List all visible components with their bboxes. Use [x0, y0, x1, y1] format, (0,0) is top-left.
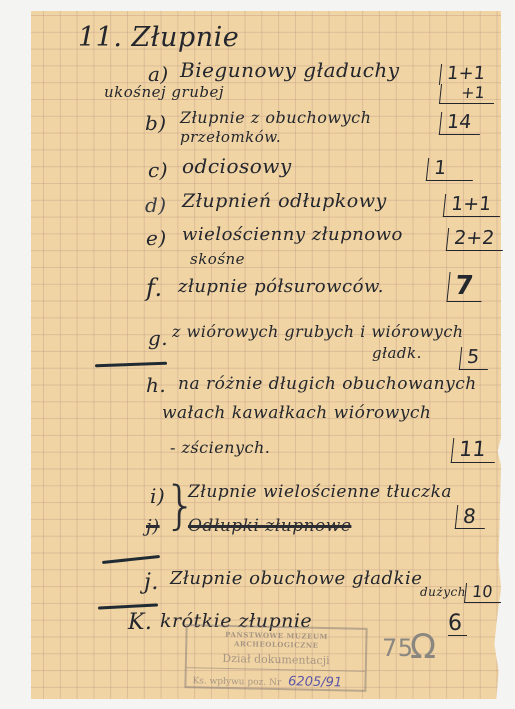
- item-h-text-line3: - zścienych.: [170, 440, 270, 456]
- item-g-score: 5: [459, 347, 491, 370]
- item-a-text: Biegunowy gładuchy: [180, 60, 400, 80]
- item-j-struck-text: Odłupki złupnowe: [188, 518, 351, 535]
- pencil-mark-symbol: Ω: [410, 630, 436, 664]
- item-f-text: złupnie półsurowców.: [178, 278, 384, 296]
- item-h-text: na różnie długich obuchowanych: [178, 376, 477, 393]
- archive-stamp: PAŃSTWOWE MUZEUM ARCHEOLOGICZNE Dział do…: [184, 624, 367, 692]
- item-e-text: wielościenny złupnowo: [182, 226, 403, 244]
- item-j-score: 10: [464, 583, 503, 603]
- item-k-label: K.: [128, 612, 152, 634]
- item-h-score: 11: [451, 438, 497, 463]
- item-a-score-line2: +1: [439, 84, 496, 104]
- item-e-score: 2+2: [446, 228, 506, 251]
- item-d-score: 1+1: [443, 194, 503, 217]
- item-j-text-line2: dużych: [420, 586, 466, 598]
- stamp-registry-number: 6205/91: [288, 674, 342, 690]
- item-d-text: Złupnień odłupkowy: [182, 192, 387, 211]
- item-g-label: g.: [148, 328, 168, 348]
- stamp-registry-label: Ks. wpływu poz. Nr: [192, 676, 281, 688]
- page-heading: 11. Złupnie: [78, 24, 239, 51]
- item-b-text-line2: przełomków.: [180, 130, 281, 145]
- item-a-label: a): [148, 64, 169, 84]
- item-e-label: e): [146, 228, 167, 248]
- item-d-label: d): [145, 195, 167, 215]
- item-i-text: Złupnie wielościenne tłuczka: [188, 484, 452, 501]
- item-e-text-line2: skośne: [190, 252, 245, 267]
- item-j-struck-label: j): [146, 518, 160, 536]
- item-j-text: Złupnie obuchowe gładkie: [170, 570, 422, 588]
- item-a-text-line2: ukośnej grubej: [104, 85, 224, 100]
- item-h-label: h.: [146, 375, 166, 395]
- item-i-label: i): [150, 486, 165, 506]
- item-f-score: 7: [446, 272, 484, 302]
- item-c-label: c): [148, 160, 168, 180]
- item-a-score: 1+1: [439, 64, 496, 85]
- item-i-score: 8: [455, 505, 487, 529]
- item-c-score: 1: [426, 158, 476, 181]
- item-j-label: j.: [144, 572, 159, 594]
- stamp-department: Dział dokumentacji: [187, 651, 365, 672]
- pencil-note-number: 75: [382, 636, 414, 660]
- item-g-text: z wiórowych grubych i wiórowych: [172, 324, 464, 340]
- stamp-institution: PAŃSTWOWE MUZEUM ARCHEOLOGICZNE: [187, 629, 365, 651]
- item-b-score: 14: [439, 112, 483, 135]
- stamp-registry-line: Ks. wpływu poz. Nr 6205/91: [186, 672, 364, 691]
- item-h-text-line2: wałach kawałkach wiórowych: [162, 405, 431, 422]
- item-c-text: odciosowy: [182, 156, 292, 176]
- item-b-text: Złupnie z obuchowych: [180, 110, 371, 126]
- item-g-text-line2: gładk.: [372, 346, 422, 361]
- item-b-label: b): [145, 113, 167, 133]
- item-f-label: f.: [146, 276, 163, 300]
- item-k-score: 6: [448, 613, 467, 636]
